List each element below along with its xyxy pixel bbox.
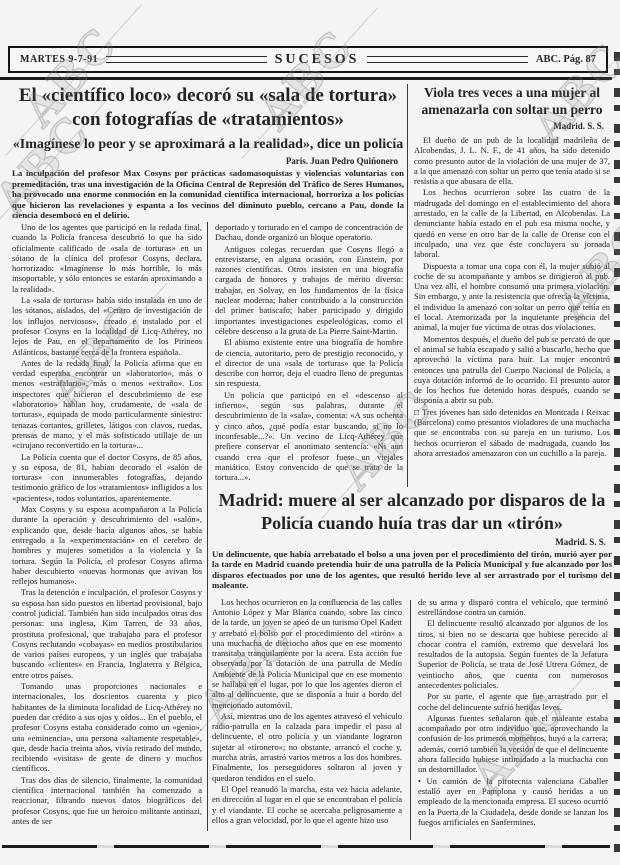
- article-paragraph: Algunas fuentes señalaron que el maleant…: [418, 713, 608, 775]
- page-header: MARTES 9-7-91 SUCESOS ABC. Pág. 87: [8, 46, 608, 73]
- article-viola: Viola tres veces a una mujer al amenazar…: [414, 84, 610, 481]
- header-rule: [106, 56, 267, 63]
- article-paragraph: Tras la detención e inculpación, el prof…: [12, 587, 202, 680]
- article-body: El dueño de un pub de la localidad madri…: [414, 135, 610, 481]
- header-rule: [367, 56, 528, 63]
- article-paragraph: Tomando unas proporciones nacionales e i…: [12, 681, 202, 774]
- article-paragraph: Tras dos días de silencio, finalmente, l…: [12, 775, 202, 826]
- article-subheadline: «Imagínese lo peor y se aproximará a la …: [12, 137, 404, 153]
- article-paragraph: El dueño de un pub de la localidad madri…: [414, 135, 610, 186]
- article-byline: Madrid. S. S.: [212, 537, 612, 547]
- column-divider: [207, 222, 208, 831]
- newspaper-page: ABC ABC ABC ABC ABC ABC ABC ABC ABC MART…: [0, 0, 620, 865]
- article-paragraph: Dispuesta a tomar una copa con él, la mu…: [414, 261, 610, 333]
- article-byline: Madrid. S. S.: [414, 121, 610, 131]
- bottom-rule: [2, 845, 610, 848]
- article-paragraph: Los hechos ocurrieron sobre las cuatro d…: [414, 187, 610, 259]
- article-headline: El «científico loco» decoró su «sala de …: [12, 84, 404, 132]
- article-paragraph: El abismo existente entre una biografía …: [215, 337, 403, 388]
- article-madrid: Madrid: muere al ser alcanzado por dispa…: [212, 489, 612, 841]
- article-headline: Madrid: muere al ser alcanzado por dispa…: [212, 489, 612, 535]
- page-number: ABC. Pág. 87: [536, 54, 596, 65]
- article-paragraph: Antiguos colegas recuerdan que Cosyns ll…: [215, 244, 403, 337]
- header-underline: [0, 77, 612, 80]
- article-column: Uno de los agentes que participó en la r…: [12, 222, 202, 831]
- article-paragraph: Uno de los agentes que participó en la r…: [12, 222, 202, 294]
- article-paragraph: El delincuente resultó alcanzado por alg…: [418, 618, 608, 690]
- column-divider: [407, 84, 408, 487]
- news-brief: □ Tres jóvenes han sido detenidos en Mon…: [414, 407, 610, 458]
- section-title: SUCESOS: [275, 52, 360, 68]
- issue-date: MARTES 9-7-91: [20, 54, 98, 65]
- article-column: deportado y torturado en el campo de con…: [215, 222, 403, 487]
- article-paragraph: El Opel reanudó la marcha, esta vez haci…: [212, 784, 402, 825]
- article-paragraph: de su arma y disparó contra el vehículo,…: [418, 597, 608, 618]
- article-paragraph: La Policía cuenta que el doctor Cosyns, …: [12, 452, 202, 503]
- article-paragraph: Max Cosyns y su esposa acompañaron a la …: [12, 504, 202, 586]
- article-headline: Viola tres veces a una mujer al amenazar…: [414, 84, 610, 118]
- article-paragraph: Un policía que participó en el «descenso…: [215, 390, 403, 483]
- article-column: Los hechos ocurrieron en la confluencia …: [212, 597, 402, 841]
- news-brief: • Un camión de la pirotecnia valenciana …: [418, 776, 608, 827]
- article-paragraph: Antes de la redada final, la Policía afi…: [12, 358, 202, 451]
- article-scientist: El «científico loco» decoró su «sala de …: [12, 84, 404, 221]
- article-paragraph: La «sala de torturas» había sido instala…: [12, 295, 202, 357]
- scan-edge-marks: [614, 52, 620, 852]
- article-byline: París. Juan Pedro Quiñonero: [12, 156, 404, 166]
- article-columns: Los hechos ocurrieron en la confluencia …: [212, 597, 612, 841]
- article-paragraph: deportado y torturado en el campo de con…: [215, 222, 403, 243]
- article-paragraph: Los hechos ocurrieron en la confluencia …: [212, 597, 402, 710]
- article-column: de su arma y disparó contra el vehículo,…: [418, 597, 608, 841]
- article-paragraph: Por su parte, el agente que fue arrastra…: [418, 691, 608, 712]
- article-lead: La inculpación del profesor Max Cosyns p…: [12, 168, 404, 221]
- article-paragraph: Momentos después, el dueño del pub se pe…: [414, 334, 610, 406]
- article-paragraph: Así, mientras uno de los agentes atraves…: [212, 711, 402, 783]
- article-lead: Un delincuente, que había arrebatado el …: [212, 549, 612, 591]
